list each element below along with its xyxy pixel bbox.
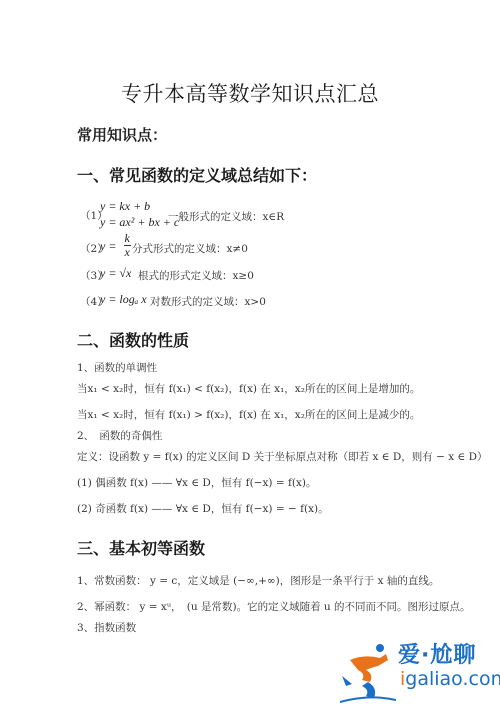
fraction-denominator: x [124,246,131,259]
common-knowledge-heading: 常用知识点： [77,124,167,145]
monotonicity-subheading: 1、函数的单调性 [77,360,157,375]
section2-heading: 二、函数的性质 [77,328,189,351]
domain-item-1-formula-linear: y = kx + b [100,199,150,214]
monotonic-increasing-text: 当x₁ < x₂时，恒有 f(x₁) < f(x₂)，f(x) 在 x₁，x₂所… [77,381,420,396]
document-title: 专升本高等数学知识点汇总 [0,78,500,108]
watermark-domain-text: igaliao.com [400,668,500,690]
odd-function-text: (2) 奇函数 f(x) —— ∀x ∈ D，恒有 f(−x) = − f(x)… [77,501,329,516]
running-figure-icon [340,640,396,706]
domain-item-4-formula: y = logₐ x [100,292,147,307]
domain-item-4-desc: 对数形式的定义域：x>0 [150,294,266,309]
domain-item-1-desc: 一般形式的定义域：x∈R [168,209,284,224]
watermark-logo: 爱·尬聊 igaliao.com [340,638,500,708]
section1-heading: 一、常见函数的定义域总结如下： [77,163,317,186]
domain-item-2-prefix: y = [100,239,116,253]
exponential-function-heading: 3、指数函数 [77,620,136,635]
fraction: k x [124,232,131,259]
section3-heading: 三、基本初等函数 [77,536,205,559]
watermark-chinese-text: 爱·尬聊 [398,638,476,669]
parity-definition: 定义：设函数 y = f(x) 的定义区间 D 关于坐标原点对称（即若 x ∈ … [77,449,488,464]
even-function-text: (1) 偶函数 f(x) —— ∀x ∈ D，恒有 f(−x) = f(x)。 [77,475,316,490]
power-function-text: 2、幂函数： y = xᵘ， (u 是常数)。它的定义域随着 u 的不同而不同。… [77,599,471,614]
domain-item-2-formula: y = k x [100,232,133,259]
domain-item-2-desc: 分式形式的定义域：x≠0 [132,241,248,256]
parity-subheading: 2、 函数的奇偶性 [77,428,162,443]
fraction-numerator: k [124,232,131,246]
constant-function-text: 1、常数函数： y = c，定义域是 (−∞,+∞)，图形是一条平行于 x 轴的… [77,573,439,588]
monotonic-decreasing-text: 当x₁ < x₂时，恒有 f(x₁) > f(x₂)，f(x) 在 x₁，x₂所… [77,407,420,422]
domain-item-3-desc: 根式的形式定义域：x≥0 [138,268,254,283]
watermark-domain-rest: galiao.com [405,668,500,690]
domain-item-3-formula: y = √x [100,266,131,281]
